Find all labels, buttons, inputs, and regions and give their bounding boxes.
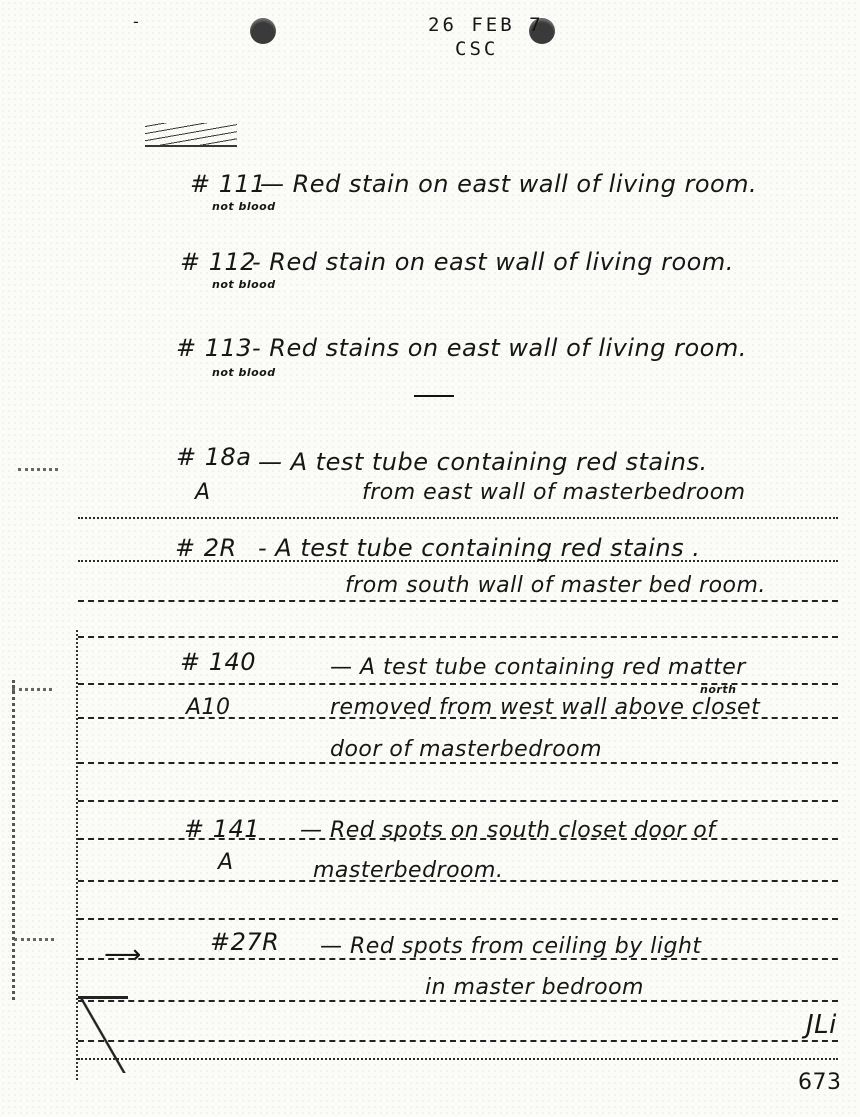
entry-continuation: in master bedroom <box>425 975 644 1000</box>
ruled-line <box>78 1040 838 1042</box>
entry-text: — Red stain on east wall of living room. <box>260 170 757 198</box>
page-edge-shadow <box>12 680 15 1000</box>
entry-continuation: masterbedroom. <box>313 858 503 883</box>
entry-note: not blood <box>212 366 276 379</box>
entry-text: — A test tube containing red matter <box>330 655 746 680</box>
entry-note: A <box>218 850 234 875</box>
entry-text: - Red stains on east wall of living room… <box>252 334 747 362</box>
page-number: 673 <box>798 1070 842 1095</box>
ruled-line <box>78 636 838 638</box>
entry-note: not blood <box>212 200 276 213</box>
evidence-log-page: ​- 26 FEB 7 CSC # 111 — Red stain on eas… <box>0 0 860 1117</box>
entry-number: # 113 <box>176 334 252 362</box>
ruled-line <box>78 1058 838 1060</box>
crossed-out-text <box>145 123 237 147</box>
entry-number: # 112 <box>180 248 256 276</box>
entry-continuation: removed from west wall above closet <box>330 695 760 720</box>
scan-speckle <box>14 938 54 949</box>
signature-initials: JLi <box>806 1010 837 1040</box>
stray-mark: ​- <box>133 12 139 31</box>
entry-text: — A test tube containing red stains. <box>258 448 708 476</box>
ruled-line <box>78 918 838 920</box>
date-stamp: 26 FEB 7 <box>428 14 544 36</box>
entry-note: not blood <box>212 278 276 291</box>
separator-line <box>414 395 454 397</box>
ruled-line <box>78 517 838 519</box>
entry-number: # 140 <box>180 648 256 676</box>
entry-text: - Red stain on east wall of living room. <box>252 248 734 276</box>
ruled-line <box>78 600 838 602</box>
entry-text: - A test tube containing red stains . <box>258 534 700 562</box>
entry-continuation: from east wall of masterbedroom <box>362 480 746 505</box>
ruled-line <box>78 762 838 764</box>
entry-text: — Red spots from ceiling by light <box>320 934 702 959</box>
entry-number: # 141 <box>184 815 260 843</box>
entry-note: A <box>195 480 211 505</box>
entry-number: # 111 <box>190 170 266 198</box>
ruled-line <box>78 1000 838 1002</box>
entry-continuation: door of masterbedroom <box>330 737 602 762</box>
initials-code: CSC <box>455 38 498 60</box>
entry-continuation: from south wall of master bed room. <box>345 573 766 598</box>
entry-number: # 2R <box>175 534 237 562</box>
arrow-right-icon: ⟶ <box>104 940 142 970</box>
entry-number: #27R <box>210 928 279 956</box>
entry-note: A10 <box>186 695 231 720</box>
scan-speckle <box>18 468 58 479</box>
entry-text: — Red spots on south closet door of <box>300 818 715 843</box>
ruled-line <box>78 800 838 802</box>
punch-hole-left <box>250 18 276 44</box>
folded-corner <box>78 996 128 1073</box>
scan-speckle <box>12 688 52 699</box>
entry-number: # 18a <box>176 443 251 471</box>
